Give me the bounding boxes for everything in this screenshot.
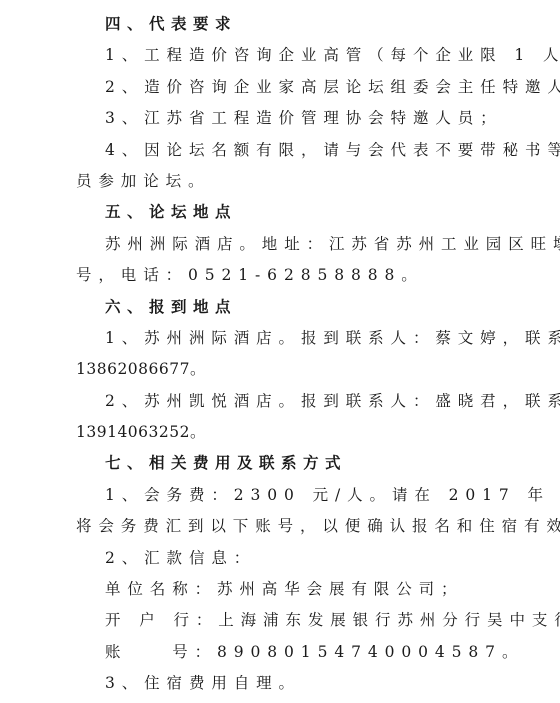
- paragraph-fee-1-line-2: 将会务费汇到以下账号，以便确认报名和住宿有效。: [76, 511, 486, 542]
- paragraph-reg-2-line-1: 2、苏州凯悦酒店。报到联系人：盛晓君，联系电话：: [76, 386, 486, 417]
- remit-account-name: 单位名称：苏州高华会展有限公司；: [76, 574, 486, 605]
- paragraph-fee-1-line-1: 1、会务费：2300 元/人。请在 2017 年 5 月 15 日前，: [76, 480, 486, 511]
- paragraph-rep-4-line-2: 员参加论坛。: [76, 166, 486, 197]
- paragraph-rep-2: 2、造价咨询企业家高层论坛组委会主任特邀人员；: [76, 72, 486, 103]
- section-heading-venue: 五、论坛地点: [76, 197, 486, 228]
- paragraph-fee-2: 2、汇款信息：: [76, 543, 486, 574]
- paragraph-rep-4-line-1: 4、因论坛名额有限，请与会代表不要带秘书等随从人: [76, 135, 486, 166]
- paragraph-venue-line-1: 苏州洲际酒店。地址：江苏省苏州工业园区旺墩路 288: [76, 229, 486, 260]
- paragraph-venue-line-2: 号，电话：0521-62858888。: [76, 260, 486, 291]
- remit-bank: 开 户 行：上海浦东发展银行苏州分行吴中支行；: [76, 605, 486, 636]
- paragraph-fee-3: 3、住宿费用自理。: [76, 668, 486, 699]
- section-heading-fees: 七、相关费用及联系方式: [76, 448, 486, 479]
- section-heading-registration: 六、报到地点: [76, 292, 486, 323]
- paragraph-reg-1-line-2: 13862086677。: [76, 354, 486, 385]
- paragraph-reg-2-line-2: 13914063252。: [76, 417, 486, 448]
- remit-account-number: 账 号：89080154740004587。: [76, 637, 486, 668]
- paragraph-reg-1-line-1: 1、苏州洲际酒店。报到联系人：蔡文婷，联系电话：: [76, 323, 486, 354]
- document-page: 四、代表要求 1、工程造价咨询企业高管（每个企业限 1 人）； 2、造价咨询企业…: [76, 9, 486, 700]
- paragraph-rep-1: 1、工程造价咨询企业高管（每个企业限 1 人）；: [76, 40, 486, 71]
- section-heading-representatives: 四、代表要求: [76, 9, 486, 40]
- paragraph-rep-3: 3、江苏省工程造价管理协会特邀人员；: [76, 103, 486, 134]
